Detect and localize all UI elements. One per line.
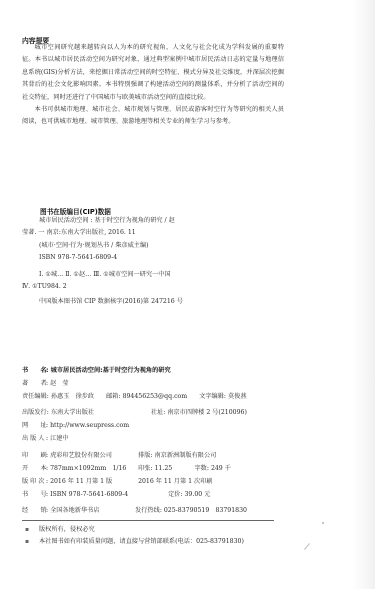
- website-link: http://www.seupress.com: [50, 419, 129, 432]
- note-item: ▪版权所有，侵权必究: [25, 524, 244, 536]
- colophon-distribution: 经 销: 全国各地新华书店 发行热线: 025-83790519 8379183…: [22, 504, 247, 517]
- cip-line: 莹著. 一 南京:东南大学出版社, 2016. 11: [22, 227, 183, 239]
- edition-row: 版 印 次: 2016 年 11 月第 1 版 2016 年 11 月第 1 次…: [22, 475, 231, 488]
- colophon-editor-row: 责任编辑: 孙惠玉 徐步政 邮箱: 894456253@qq.com 文字编辑:…: [22, 390, 247, 403]
- cip-line: ISBN 978-7-5641-6809-4: [22, 252, 183, 264]
- distributor-row: 经 销: 全国各地新华书店 发行热线: 025-83790519 8379183…: [22, 504, 247, 517]
- format-row: 开 本: 787mm×1092mm 1/16 印张: 11.25 字数: 249…: [22, 462, 231, 475]
- abstract-body: 城市空间研究越来越转向以人为本的研究视角，人文化与社会化成为学科发展的重要特征。…: [22, 42, 284, 129]
- abstract-paragraph: 本书可供城市地理、城市社会、城市规划与管理、居民或游客时空行为等研究的相关人员阅…: [22, 104, 284, 129]
- bullet-icon: ▪: [25, 536, 39, 548]
- bullet-icon: ▪: [25, 524, 39, 536]
- copyright-page: 内容提要 城市空间研究越来越转向以人为本的研究视角，人文化与社会化成为学科发展的…: [0, 0, 375, 589]
- scan-speck: [322, 522, 324, 524]
- isbn: ISBN 978-7-5641-6809-4: [50, 488, 168, 501]
- divider-line: [22, 520, 274, 521]
- website-row: 网 址: http://www.seupress.com: [22, 419, 247, 432]
- hotline: 025-83790519 83791830: [164, 504, 247, 517]
- note-item: ▪本社图书如有印装质量问题，请直接与营销部联系(电话：025-83791830): [25, 536, 244, 548]
- colophon-main: 书 名: 城市居民活动空间:基于时空行为视角的研究 著 者: 赵 莹 责任编辑:…: [22, 364, 247, 403]
- cip-line: Ⅰ. ①城… Ⅱ. ①赵… Ⅲ. ①城市空间一研究一中国: [22, 269, 183, 281]
- price: 39.00 元: [185, 488, 211, 501]
- cip-line: 城市居民活动空间 : 基于时空行为视角的研究 / 赵: [22, 215, 183, 227]
- cip-line: (城市·空间·行为·规划丛书 / 柴彦威主编): [22, 240, 183, 252]
- printer-row: 印 刷: 虎彩印艺股份有限公司 排版: 南京新洲制版有限公司: [22, 449, 231, 462]
- editor-email: 894456253@qq.com: [123, 390, 188, 403]
- colophon-print: 印 刷: 虎彩印艺股份有限公司 排版: 南京新洲制版有限公司 开 本: 787m…: [22, 449, 231, 501]
- book-title: 城市居民活动空间:基于时空行为视角的研究: [51, 364, 171, 377]
- scan-mark: [304, 543, 310, 550]
- abstract-paragraph: 城市空间研究越来越转向以人为本的研究视角，人文化与社会化成为学科发展的重要特征。…: [22, 42, 284, 104]
- author: 赵 莹: [50, 377, 69, 390]
- colophon-publisher: 出版发行: 东南大学出版社 社址: 南京市四牌楼 2 号(210096) 网 址…: [22, 406, 247, 445]
- issuer-row: 出 版 人: 江建中: [22, 432, 247, 445]
- copyright-notes: ▪版权所有，侵权必究 ▪本社图书如有印装质量问题，请直接与营销部联系(电话：02…: [25, 524, 244, 548]
- cip-line: 中国版本图书馆 CIP 数据核字(2016)第 247216 号: [22, 296, 183, 308]
- publisher-row: 出版发行: 东南大学出版社 社址: 南京市四牌楼 2 号(210096): [22, 406, 247, 419]
- cip-line: Ⅳ. ①TU984. 2: [22, 281, 183, 293]
- colophon-author-row: 著 者: 赵 莹: [22, 377, 247, 390]
- colophon-title-row: 书 名: 城市居民活动空间:基于时空行为视角的研究: [22, 364, 247, 377]
- isbn-row: 书 号: ISBN 978-7-5641-6809-4 定价: 39.00 元: [22, 488, 231, 501]
- cip-data: 城市居民活动空间 : 基于时空行为视角的研究 / 赵 莹著. 一 南京:东南大学…: [22, 215, 183, 309]
